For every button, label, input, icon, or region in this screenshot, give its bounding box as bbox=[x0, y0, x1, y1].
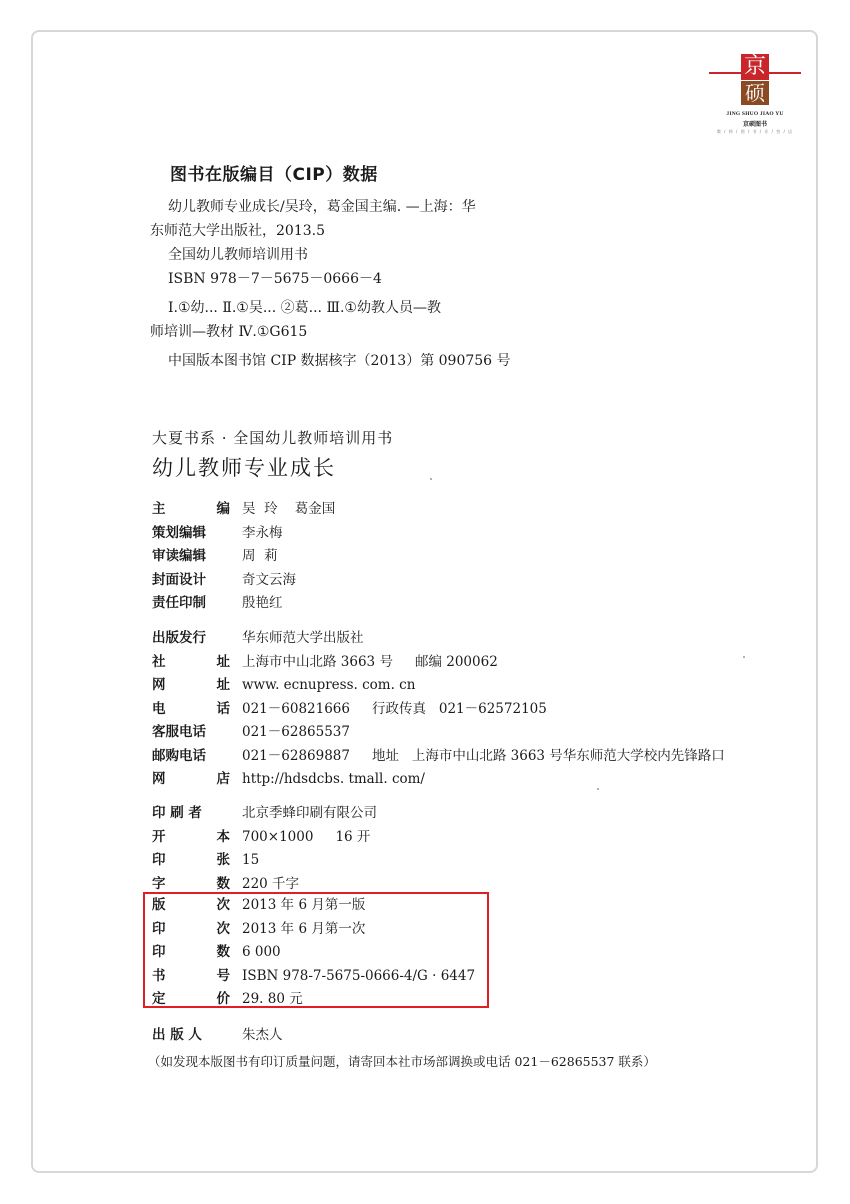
row-key: 书 bbox=[152, 965, 166, 989]
row-key: 址 bbox=[217, 651, 231, 675]
row-key: 社 bbox=[152, 651, 166, 675]
row-key: 数 bbox=[217, 941, 231, 965]
cip-block: 幼儿教师专业成长/吴玲，葛金国主编. —上海：华 东师范大学出版社，2013.5… bbox=[150, 195, 550, 373]
cip-line: ISBN 978－7－5675－0666－4 bbox=[150, 267, 550, 291]
row-value: 021－60821666 bbox=[242, 701, 350, 717]
row-key: 封面设计 bbox=[152, 569, 206, 593]
row-value: 6 000 bbox=[242, 941, 281, 965]
row-value: 殷艳红 bbox=[242, 592, 283, 616]
row-key: 号 bbox=[217, 965, 231, 989]
row-key: 电 bbox=[152, 698, 166, 722]
row-extra: 16 开 bbox=[335, 829, 370, 845]
row-key: 话 bbox=[217, 698, 231, 722]
row-value: 奇文云海 bbox=[242, 569, 296, 593]
row-key: 店 bbox=[217, 768, 231, 792]
scan-speck bbox=[597, 788, 599, 790]
row-key: 邮购电话 bbox=[152, 745, 206, 769]
logo-slogan: 教 / 师 / 图 / 书 / 专 / 营 / 店 bbox=[705, 129, 805, 135]
row-key: 版 bbox=[152, 894, 166, 918]
publisher-logo: 京 硕 JING SHUO JIAO YU 京硕图书 教 / 师 / 图 / 书… bbox=[705, 45, 805, 145]
cip-line: 全国幼儿教师培训用书 bbox=[150, 243, 550, 267]
cip-line: 中国版本图书馆 CIP 数据核字（2013）第 090756 号 bbox=[150, 349, 550, 373]
row-extra: 行政传真 021－62572105 bbox=[372, 701, 547, 717]
logo-stamp-top: 京 bbox=[741, 54, 769, 80]
row-key: 审读编辑 bbox=[152, 545, 206, 569]
scan-speck bbox=[430, 478, 432, 480]
row-value: 上海市中山北路 3663 号 bbox=[242, 654, 393, 670]
row-value: 吴 玲 葛金国 bbox=[242, 498, 335, 522]
row-key: 次 bbox=[217, 894, 231, 918]
book-title: 幼儿教师专业成长 bbox=[152, 452, 336, 482]
row-value: 华东师范大学出版社 bbox=[242, 627, 364, 651]
row-key: 本 bbox=[217, 826, 231, 850]
row-key: 定 bbox=[152, 988, 166, 1012]
row-value: 朱杰人 bbox=[242, 1024, 283, 1048]
quality-note: （如发现本版图书有印订质量问题，请寄回本社市场部调换或电话 021－628655… bbox=[148, 1052, 656, 1070]
logo-chinese: 京硕图书 bbox=[705, 119, 805, 128]
series-name: 大夏书系 · 全国幼儿教师培训用书 bbox=[152, 427, 393, 448]
row-key: 开 bbox=[152, 826, 166, 850]
row-key: 出 版 人 bbox=[152, 1024, 202, 1048]
row-key: 价 bbox=[217, 988, 231, 1012]
row-extra: 地址 上海市中山北路 3663 号华东师范大学校内先锋路口 bbox=[372, 748, 725, 764]
row-value: 021－62869887 bbox=[242, 748, 350, 764]
row-key: 出版发行 bbox=[152, 627, 206, 651]
row-key: 印 bbox=[152, 918, 166, 942]
row-key: 次 bbox=[217, 918, 231, 942]
row-value: 李永梅 bbox=[242, 522, 283, 546]
row-key: 客服电话 bbox=[152, 721, 206, 745]
row-key: 责任印制 bbox=[152, 592, 206, 616]
row-key: 网 bbox=[152, 674, 166, 698]
row-key: 印 bbox=[152, 941, 166, 965]
row-key: 编 bbox=[217, 498, 231, 522]
row-value: 2013 年 6 月第一次 bbox=[242, 918, 365, 942]
row-value: 2013 年 6 月第一版 bbox=[242, 894, 365, 918]
row-key: 址 bbox=[217, 674, 231, 698]
cip-line: Ⅰ.①幼... Ⅱ.①吴... ②葛... Ⅲ.①幼教人员—教 bbox=[150, 296, 550, 320]
row-key: 主 bbox=[152, 498, 166, 522]
logo-stamp-bottom: 硕 bbox=[741, 81, 769, 105]
row-value: 15 bbox=[242, 849, 259, 873]
row-key: 印 刷 者 bbox=[152, 802, 202, 826]
logo-english: JING SHUO JIAO YU bbox=[705, 111, 805, 117]
website-link[interactable]: www. ecnupress. com. cn bbox=[242, 674, 415, 698]
cip-line: 东师范大学出版社，2013.5 bbox=[150, 219, 550, 243]
row-value: 021－62865537 bbox=[242, 721, 350, 745]
row-value: 周 莉 bbox=[242, 545, 278, 569]
row-value: ISBN 978-7-5675-0666-4/G · 6447 bbox=[242, 965, 475, 989]
row-key: 网 bbox=[152, 768, 166, 792]
row-extra: 邮编 200062 bbox=[415, 654, 498, 670]
row-value: 700×1000 bbox=[242, 829, 313, 845]
logo-line-left bbox=[709, 72, 741, 74]
cip-line: 幼儿教师专业成长/吴玲，葛金国主编. —上海：华 bbox=[150, 195, 550, 219]
row-value: 29. 80 元 bbox=[242, 988, 303, 1012]
shop-link[interactable]: http://hdsdcbs. tmall. com/ bbox=[242, 768, 425, 792]
logo-line-right bbox=[769, 72, 801, 74]
row-value: 北京季蜂印刷有限公司 bbox=[242, 802, 377, 826]
row-key: 印 bbox=[152, 849, 166, 873]
cip-line: 师培训—教材 Ⅳ.①G615 bbox=[150, 320, 550, 344]
row-key: 张 bbox=[217, 849, 231, 873]
scan-speck bbox=[743, 656, 745, 658]
cip-title: 图书在版编目（CIP）数据 bbox=[170, 160, 378, 185]
row-key: 策划编辑 bbox=[152, 522, 206, 546]
